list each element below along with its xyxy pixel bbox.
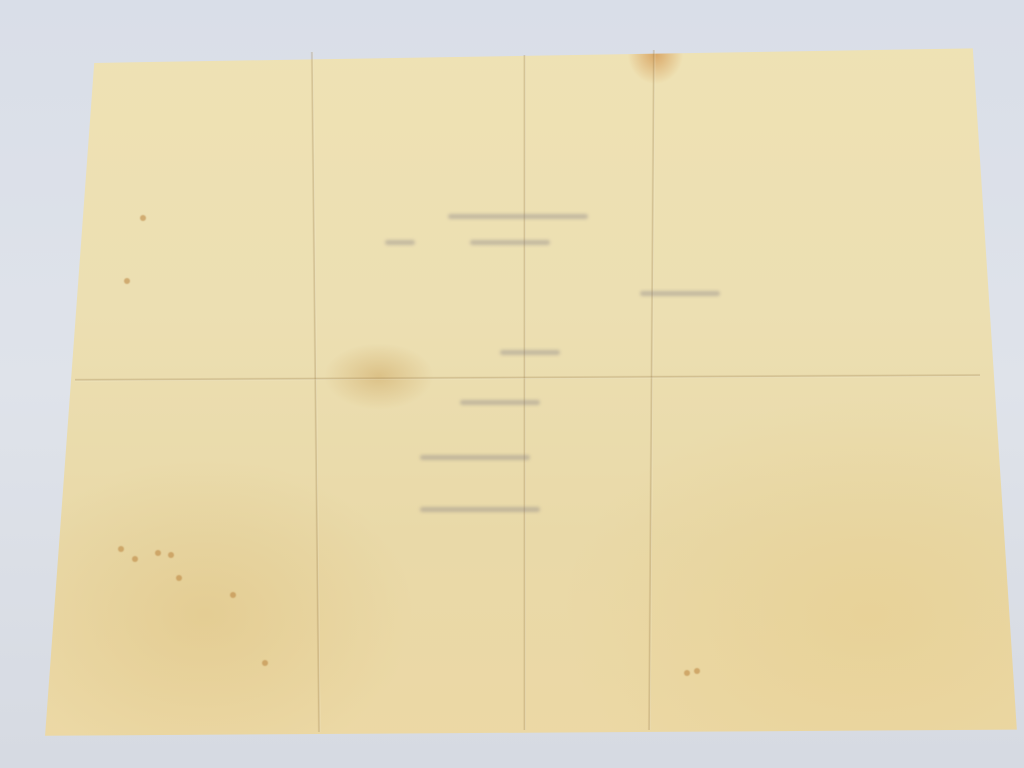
handwriting-line: [460, 400, 540, 405]
stain-spot: [262, 660, 268, 666]
stain-spot: [168, 552, 174, 558]
stain-spot: [132, 556, 138, 562]
handwriting-line: [640, 291, 720, 296]
stain-spot: [124, 278, 130, 284]
handwriting-line: [500, 350, 560, 355]
stain-spot: [155, 550, 161, 556]
stain-spot: [176, 575, 182, 581]
stain-spot: [684, 670, 690, 676]
handwriting-line: [448, 214, 588, 219]
photo-scene: [illegible] [illegible] [illegible] [ill…: [0, 0, 1024, 768]
aged-paper-sheet: [0, 0, 1024, 768]
handwriting-line: [385, 240, 415, 245]
stain-spot: [118, 546, 124, 552]
handwriting-line: [470, 240, 550, 245]
handwriting-line: [420, 455, 530, 460]
stain-spot: [694, 668, 700, 674]
handwriting-line: [420, 507, 540, 512]
stain-spot: [140, 215, 146, 221]
stain-spot: [230, 592, 236, 598]
